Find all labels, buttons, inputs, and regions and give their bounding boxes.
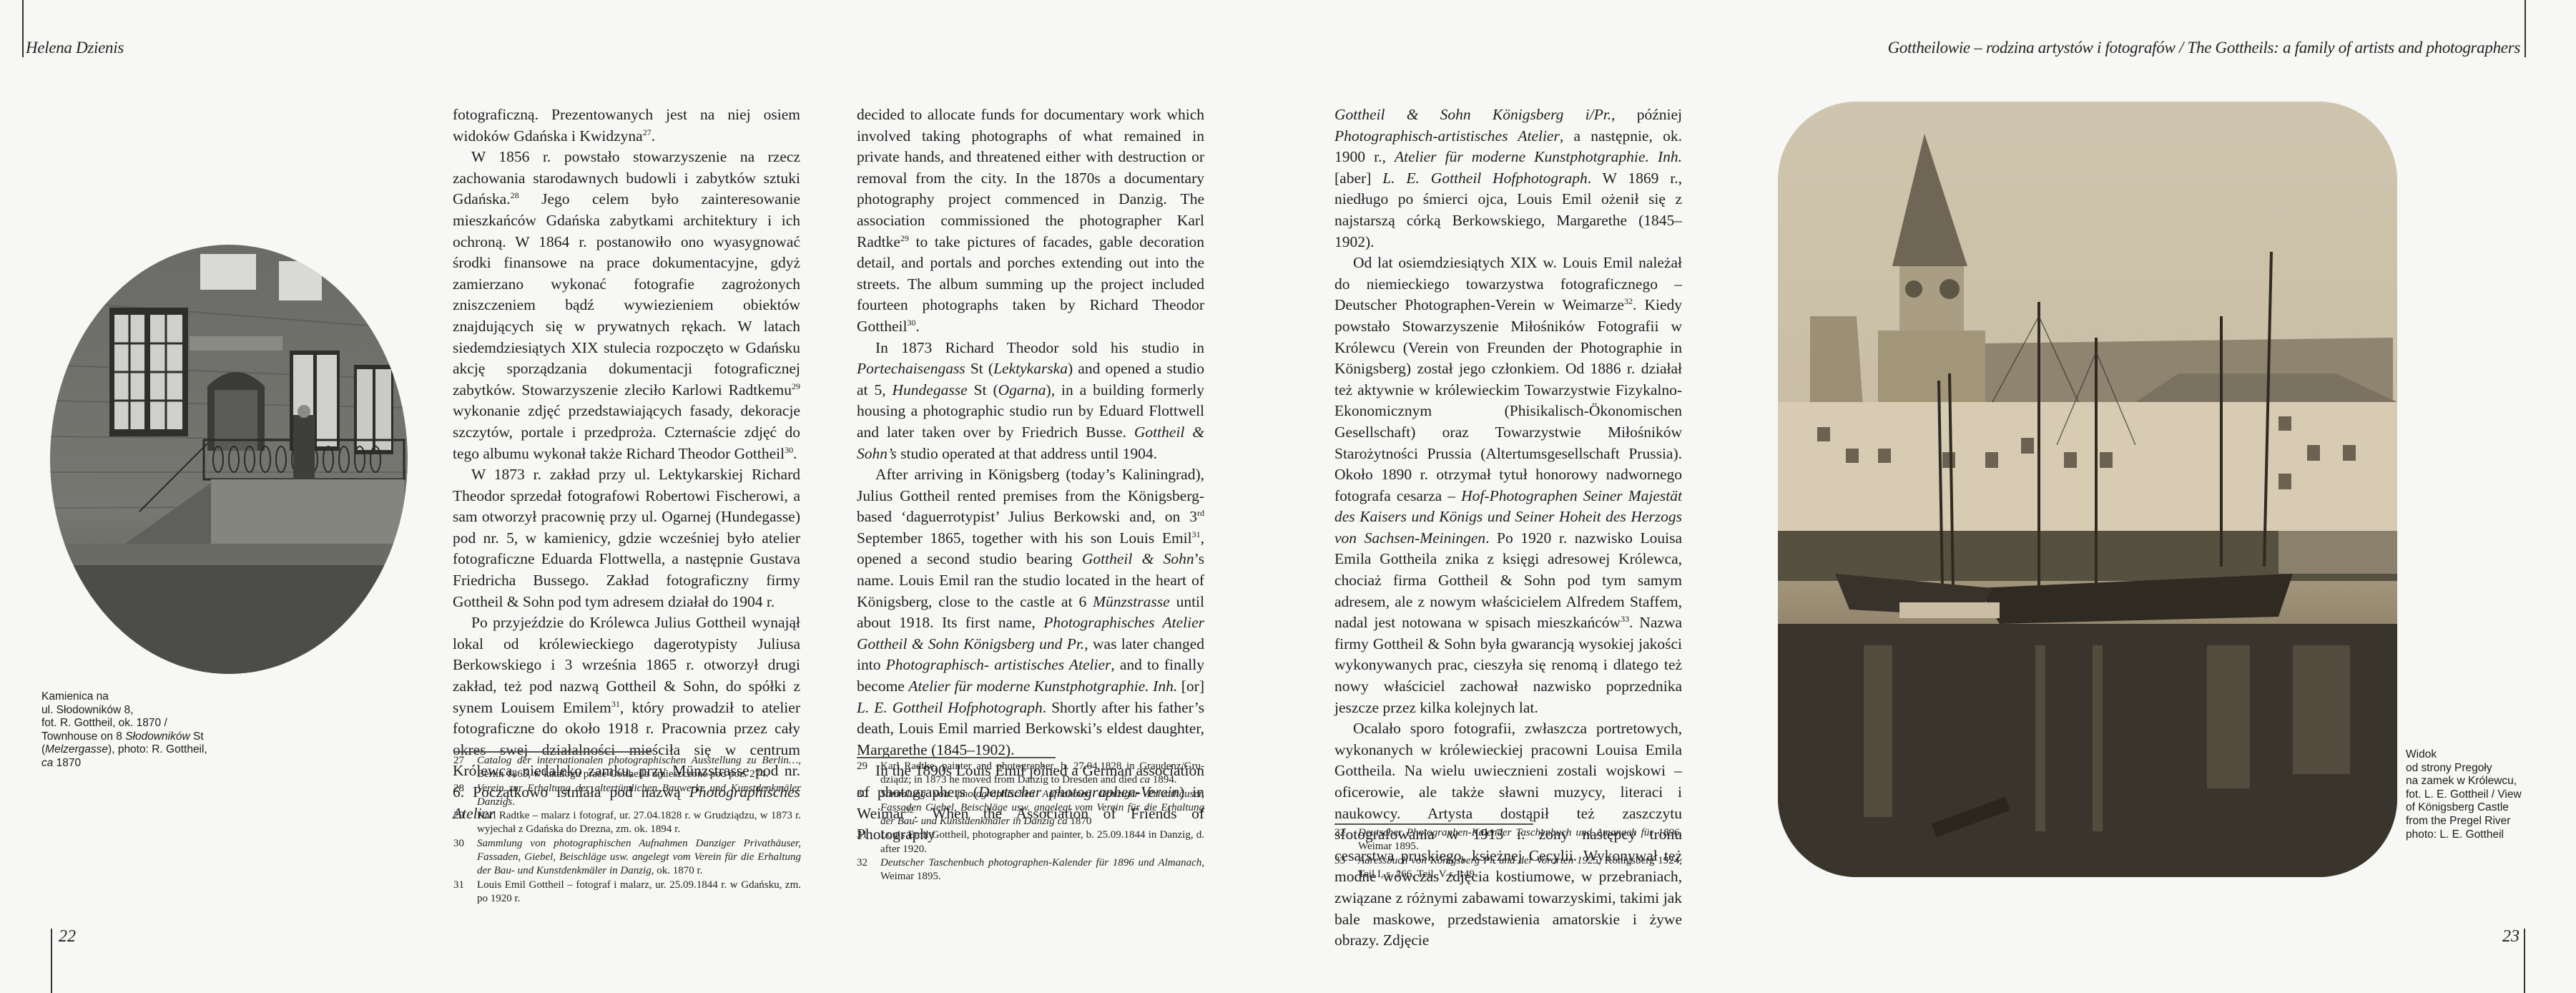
- footnote-rule: [1334, 823, 1533, 825]
- castle-photo-caption: Widok od strony Pregoły na zamek w Króle…: [2406, 748, 2549, 841]
- paragraph: fotograficzną. Prezentowanych jest na ni…: [453, 104, 800, 147]
- konigsberg-castle-photo: [1778, 102, 2397, 877]
- running-head-author: Helena Dzienis: [26, 39, 124, 57]
- paragraph: After arriving in Königsberg (today’s Ka…: [857, 464, 1204, 760]
- body-column-polish: fotograficzną. Prezentowanych jest na ni…: [453, 104, 800, 824]
- body-column-english: decided to allocate funds for documentar…: [857, 104, 1204, 846]
- footnote-rule: [857, 757, 1056, 758]
- footnote-rule: [453, 751, 652, 753]
- footnote: 29Karl Radtke, painter and photographer,…: [857, 760, 1204, 788]
- footnote: 31Louis Emil Gottheil, photographer and …: [857, 828, 1204, 856]
- footer-rule-right: [2524, 929, 2525, 993]
- footnote: 29Karl Radtke – malarz i fotograf, ur. 2…: [453, 809, 801, 837]
- paragraph: Gottheil & Sohn Königsberg i/Pr., późnie…: [1334, 104, 1682, 253]
- footnote: 30Sammlung von photographischen Aufnahme…: [857, 788, 1204, 829]
- footnote: 33Adressbuch von Königsberg Pr. und der …: [1334, 854, 1682, 882]
- footnote: 32Deutscher Photographen-Kalender Tasche…: [1334, 826, 1682, 854]
- paragraph: In 1873 Richard Theodor sold his studio …: [857, 338, 1204, 465]
- paragraph: decided to allocate funds for documentar…: [857, 104, 1204, 338]
- paragraph: W 1856 r. powstało stowarzyszenie na rze…: [453, 147, 800, 464]
- footnotes-english: 29Karl Radtke, painter and photographer,…: [857, 760, 1204, 884]
- page-number-right: 23: [2502, 927, 2520, 946]
- paragraph: W 1873 r. zakład przy ul. Lektykarskiej …: [453, 464, 800, 612]
- footnote: 31Louis Emil Gottheil – fotograf i malar…: [453, 879, 801, 906]
- header-rule-right: [2525, 0, 2526, 57]
- page-number-left: 22: [59, 927, 76, 946]
- footnote: 32Deutscher Taschenbuch photographen-Kal…: [857, 856, 1204, 884]
- townhouse-photo-caption: Kamienica na ul. Słodowników 8, fot. R. …: [41, 690, 213, 771]
- footnotes-right: 32Deutscher Photographen-Kalender Tasche…: [1334, 826, 1682, 881]
- castle-illustration: [1778, 102, 2397, 877]
- footnote: 28Verein zur Erhaltung der altertümliche…: [453, 782, 801, 810]
- footer-rule-left: [51, 929, 52, 993]
- paragraph: Od lat osiemdziesiątych XIX w. Louis Emi…: [1334, 253, 1682, 718]
- footnote: 30Sammlung von photographischen Aufnahme…: [453, 837, 801, 879]
- footnotes-polish: 27Catalog der internationalen photograph…: [453, 754, 801, 906]
- footnote: 27Catalog der internationalen photograph…: [453, 754, 801, 782]
- townhouse-photo: [46, 236, 413, 700]
- running-head-title: Gottheilowie – rodzina artystów i fotogr…: [1888, 39, 2520, 57]
- header-rule-left: [22, 0, 24, 57]
